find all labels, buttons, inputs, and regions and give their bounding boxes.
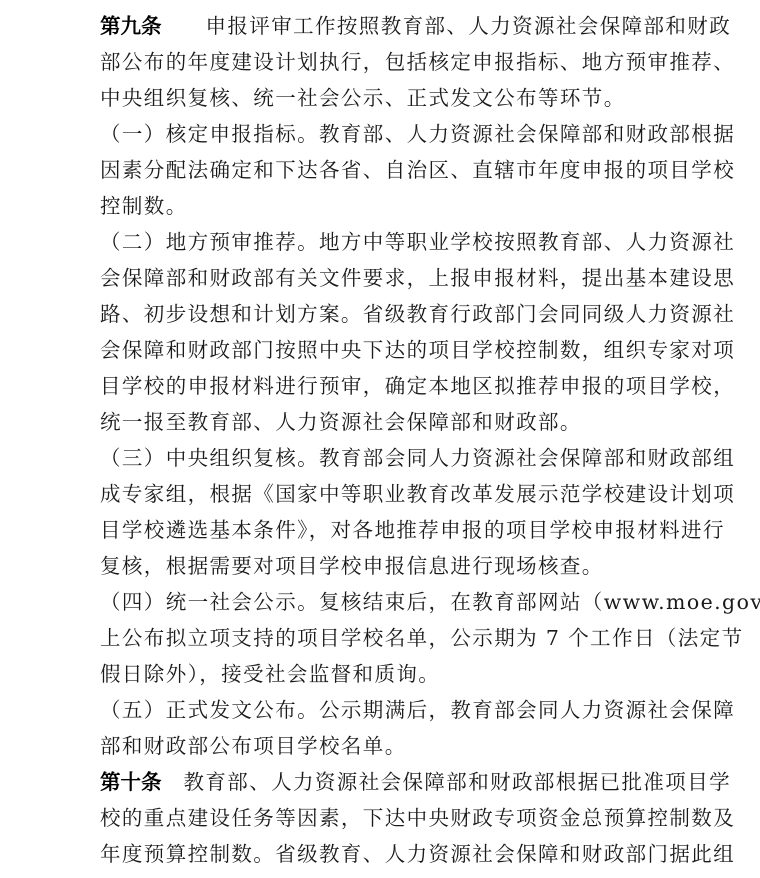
article-number: 第十条 (100, 770, 162, 794)
article-number: 第九条 (100, 14, 162, 38)
item-line: 会保障部和财政部有关文件要求，上报申报材料，提出基本建设思 (100, 260, 700, 296)
item-line: （三）中央组织复核。教育部会同人力资源社会保障部和财政部组 (100, 440, 700, 476)
item-text: 正式发文公布。公示期满后，教育部会同人力资源社会保障 (166, 698, 735, 722)
item-line: 假日除外），接受社会监督和质询。 (100, 656, 700, 692)
item-text: 地方预审推荐。地方中等职业学校按照教育部、人力资源社 (166, 230, 735, 254)
article-text: 教育部、人力资源社会保障部和财政部根据已批准项目学 (184, 770, 732, 794)
item-line: 因素分配法确定和下达各省、自治区、直辖市年度申报的项目学校 (100, 152, 700, 188)
item-label: （三） (100, 446, 166, 470)
item-line: 成专家组，根据《国家中等职业教育改革发展示范学校建设计划项 (100, 476, 700, 512)
article-9: 第九条申报评审工作按照教育部、人力资源社会保障部和财政 部公布的年度建设计划执行… (100, 8, 700, 764)
item-label: （四） (100, 590, 166, 614)
article-9-line-1: 第九条申报评审工作按照教育部、人力资源社会保障部和财政 (100, 8, 700, 44)
article-text-line: 年度预算控制数。省级教育、人力资源社会保障和财政部门据此组 (100, 836, 700, 872)
item-text: 统一社会公示。复核结束后，在教育部网站（www.moe.gov.cn） (166, 590, 760, 614)
item-4: （四）统一社会公示。复核结束后，在教育部网站（www.moe.gov.cn） 上… (100, 584, 700, 692)
article-text-line: 中央组织复核、统一社会公示、正式发文公布等环节。 (100, 80, 700, 116)
item-line: （一）核定申报指标。教育部、人力资源社会保障部和财政部根据 (100, 116, 700, 152)
item-line: 部和财政部公布项目学校名单。 (100, 728, 700, 764)
item-label: （五） (100, 698, 166, 722)
item-line: （五）正式发文公布。公示期满后，教育部会同人力资源社会保障 (100, 692, 700, 728)
article-text-line: 校的重点建设任务等因素，下达中央财政专项资金总预算控制数及 (100, 800, 700, 836)
item-label: （一） (100, 122, 166, 146)
item-line: 控制数。 (100, 188, 700, 224)
article-text: 申报评审工作按照教育部、人力资源社会保障部和财政 (206, 14, 732, 38)
document-page: 第九条申报评审工作按照教育部、人力资源社会保障部和财政 部公布的年度建设计划执行… (100, 8, 700, 872)
item-line: 统一报至教育部、人力资源社会保障部和财政部。 (100, 404, 700, 440)
item-2: （二）地方预审推荐。地方中等职业学校按照教育部、人力资源社 会保障部和财政部有关… (100, 224, 700, 440)
item-3: （三）中央组织复核。教育部会同人力资源社会保障部和财政部组 成专家组，根据《国家… (100, 440, 700, 584)
item-line: （二）地方预审推荐。地方中等职业学校按照教育部、人力资源社 (100, 224, 700, 260)
article-text-line: 部公布的年度建设计划执行，包括核定申报指标、地方预审推荐、 (100, 44, 700, 80)
item-line: 上公布拟立项支持的项目学校名单，公示期为 7 个工作日（法定节 (100, 620, 700, 656)
item-5: （五）正式发文公布。公示期满后，教育部会同人力资源社会保障 部和财政部公布项目学… (100, 692, 700, 764)
item-line: 目学校的申报材料进行预审，确定本地区拟推荐申报的项目学校， (100, 368, 700, 404)
article-10-line-1: 第十条教育部、人力资源社会保障部和财政部根据已批准项目学 (100, 764, 700, 800)
item-text: 核定申报指标。教育部、人力资源社会保障部和财政部根据 (166, 122, 735, 146)
item-1: （一）核定申报指标。教育部、人力资源社会保障部和财政部根据 因素分配法确定和下达… (100, 116, 700, 224)
item-line: 目学校遴选基本条件》，对各地推荐申报的项目学校申报材料进行 (100, 512, 700, 548)
item-line: 会保障和财政部门按照中央下达的项目学校控制数，组织专家对项 (100, 332, 700, 368)
item-line: 路、初步设想和计划方案。省级教育行政部门会同同级人力资源社 (100, 296, 700, 332)
article-10: 第十条教育部、人力资源社会保障部和财政部根据已批准项目学 校的重点建设任务等因素… (100, 764, 700, 872)
item-text: 中央组织复核。教育部会同人力资源社会保障部和财政部组 (166, 446, 735, 470)
item-line: （四）统一社会公示。复核结束后，在教育部网站（www.moe.gov.cn） (100, 584, 700, 620)
item-label: （二） (100, 230, 166, 254)
item-line: 复核，根据需要对项目学校申报信息进行现场核查。 (100, 548, 700, 584)
